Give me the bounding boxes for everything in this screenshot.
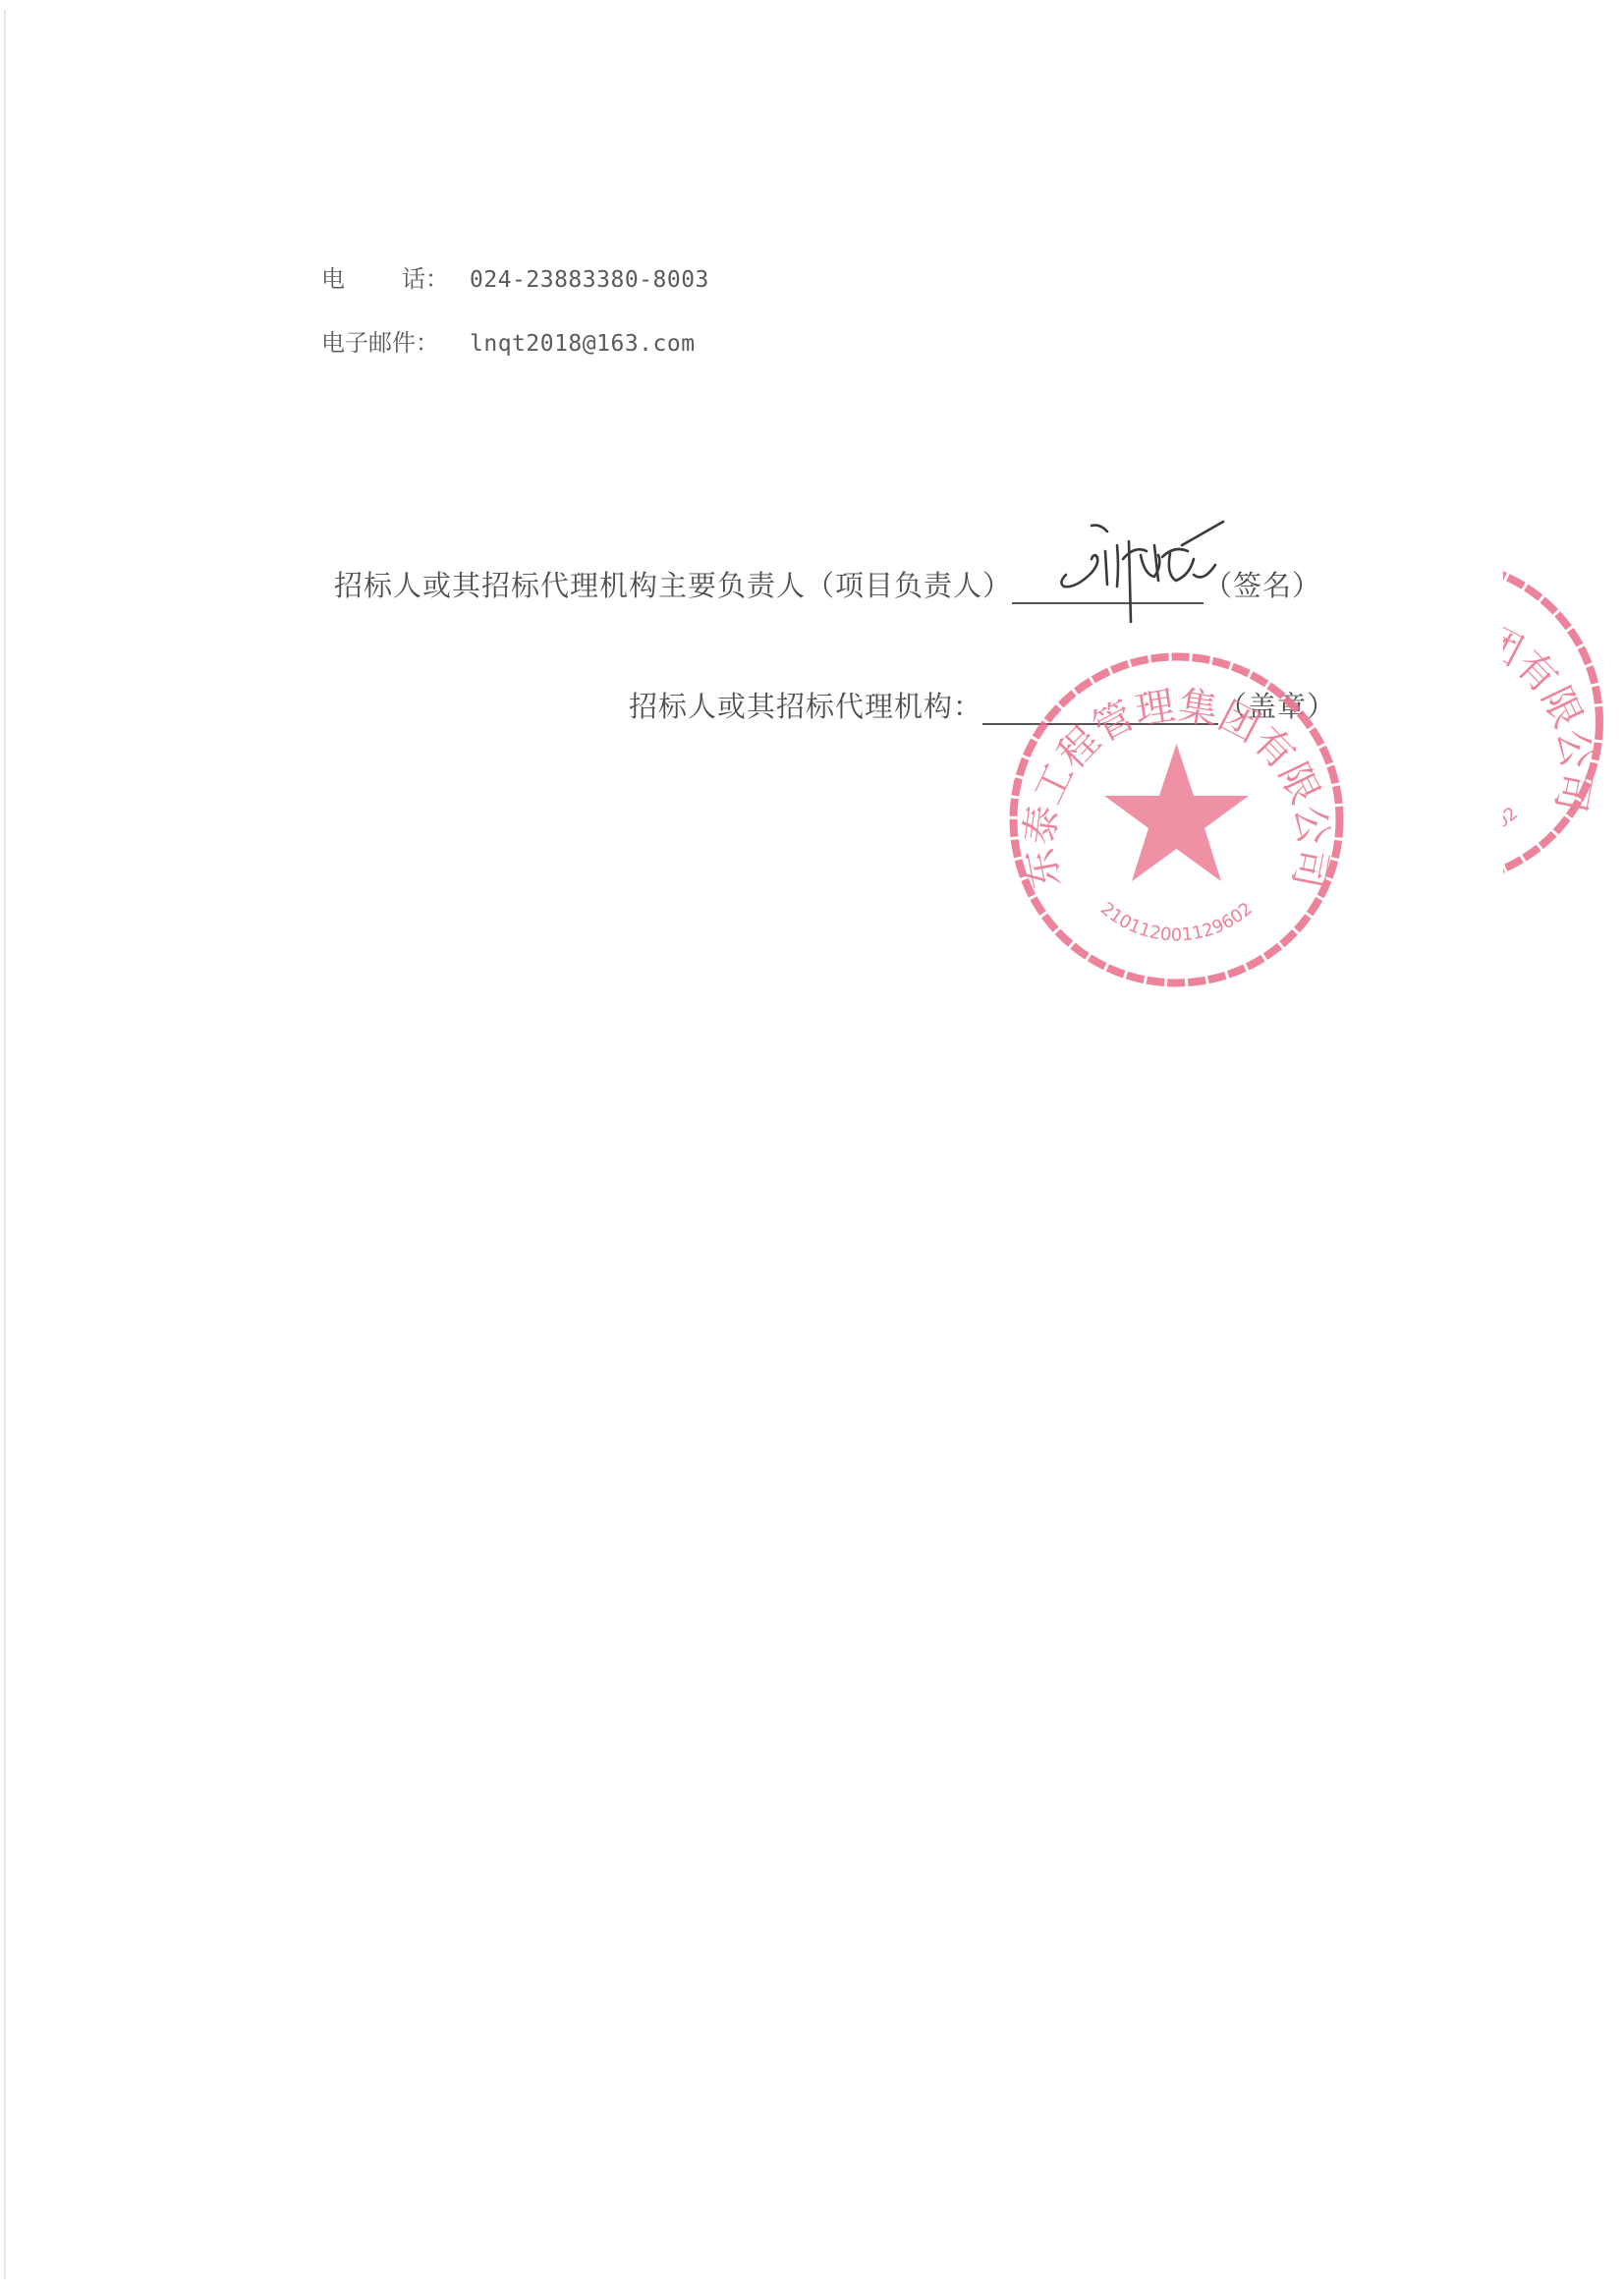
phone-label: 电话：: [321, 259, 470, 294]
seal-label: 招标人或其招标代理机构：: [629, 690, 982, 723]
phone-line: 电话：024-23883380-8003: [321, 259, 709, 294]
signature-label: 招标人或其招标代理机构主要负责人（项目负责人）: [334, 569, 1012, 602]
seal-code: 210112001129602: [1096, 899, 1257, 946]
scan-edge-line: [4, 10, 6, 2279]
seal-star-icon: [1104, 744, 1249, 881]
phone-value: 024-23883380-8003: [470, 267, 709, 293]
partial-seal: 东泰工程管理集团有限公司 210112001129602: [1277, 560, 1624, 884]
email-label: 电子邮件：: [321, 323, 470, 358]
phone-label-char1: 电: [321, 259, 402, 294]
svg-text:东泰工程管理集团有限公司: 东泰工程管理集团有限公司: [1280, 607, 1598, 815]
phone-label-char2: 话：: [402, 265, 449, 293]
svg-text:210112001129602: 210112001129602: [1362, 804, 1522, 851]
email-value: lnqt2018@163.com: [470, 331, 696, 357]
email-line: 电子邮件：lnqt2018@163.com: [321, 323, 696, 358]
handwritten-signature: [1056, 516, 1253, 624]
